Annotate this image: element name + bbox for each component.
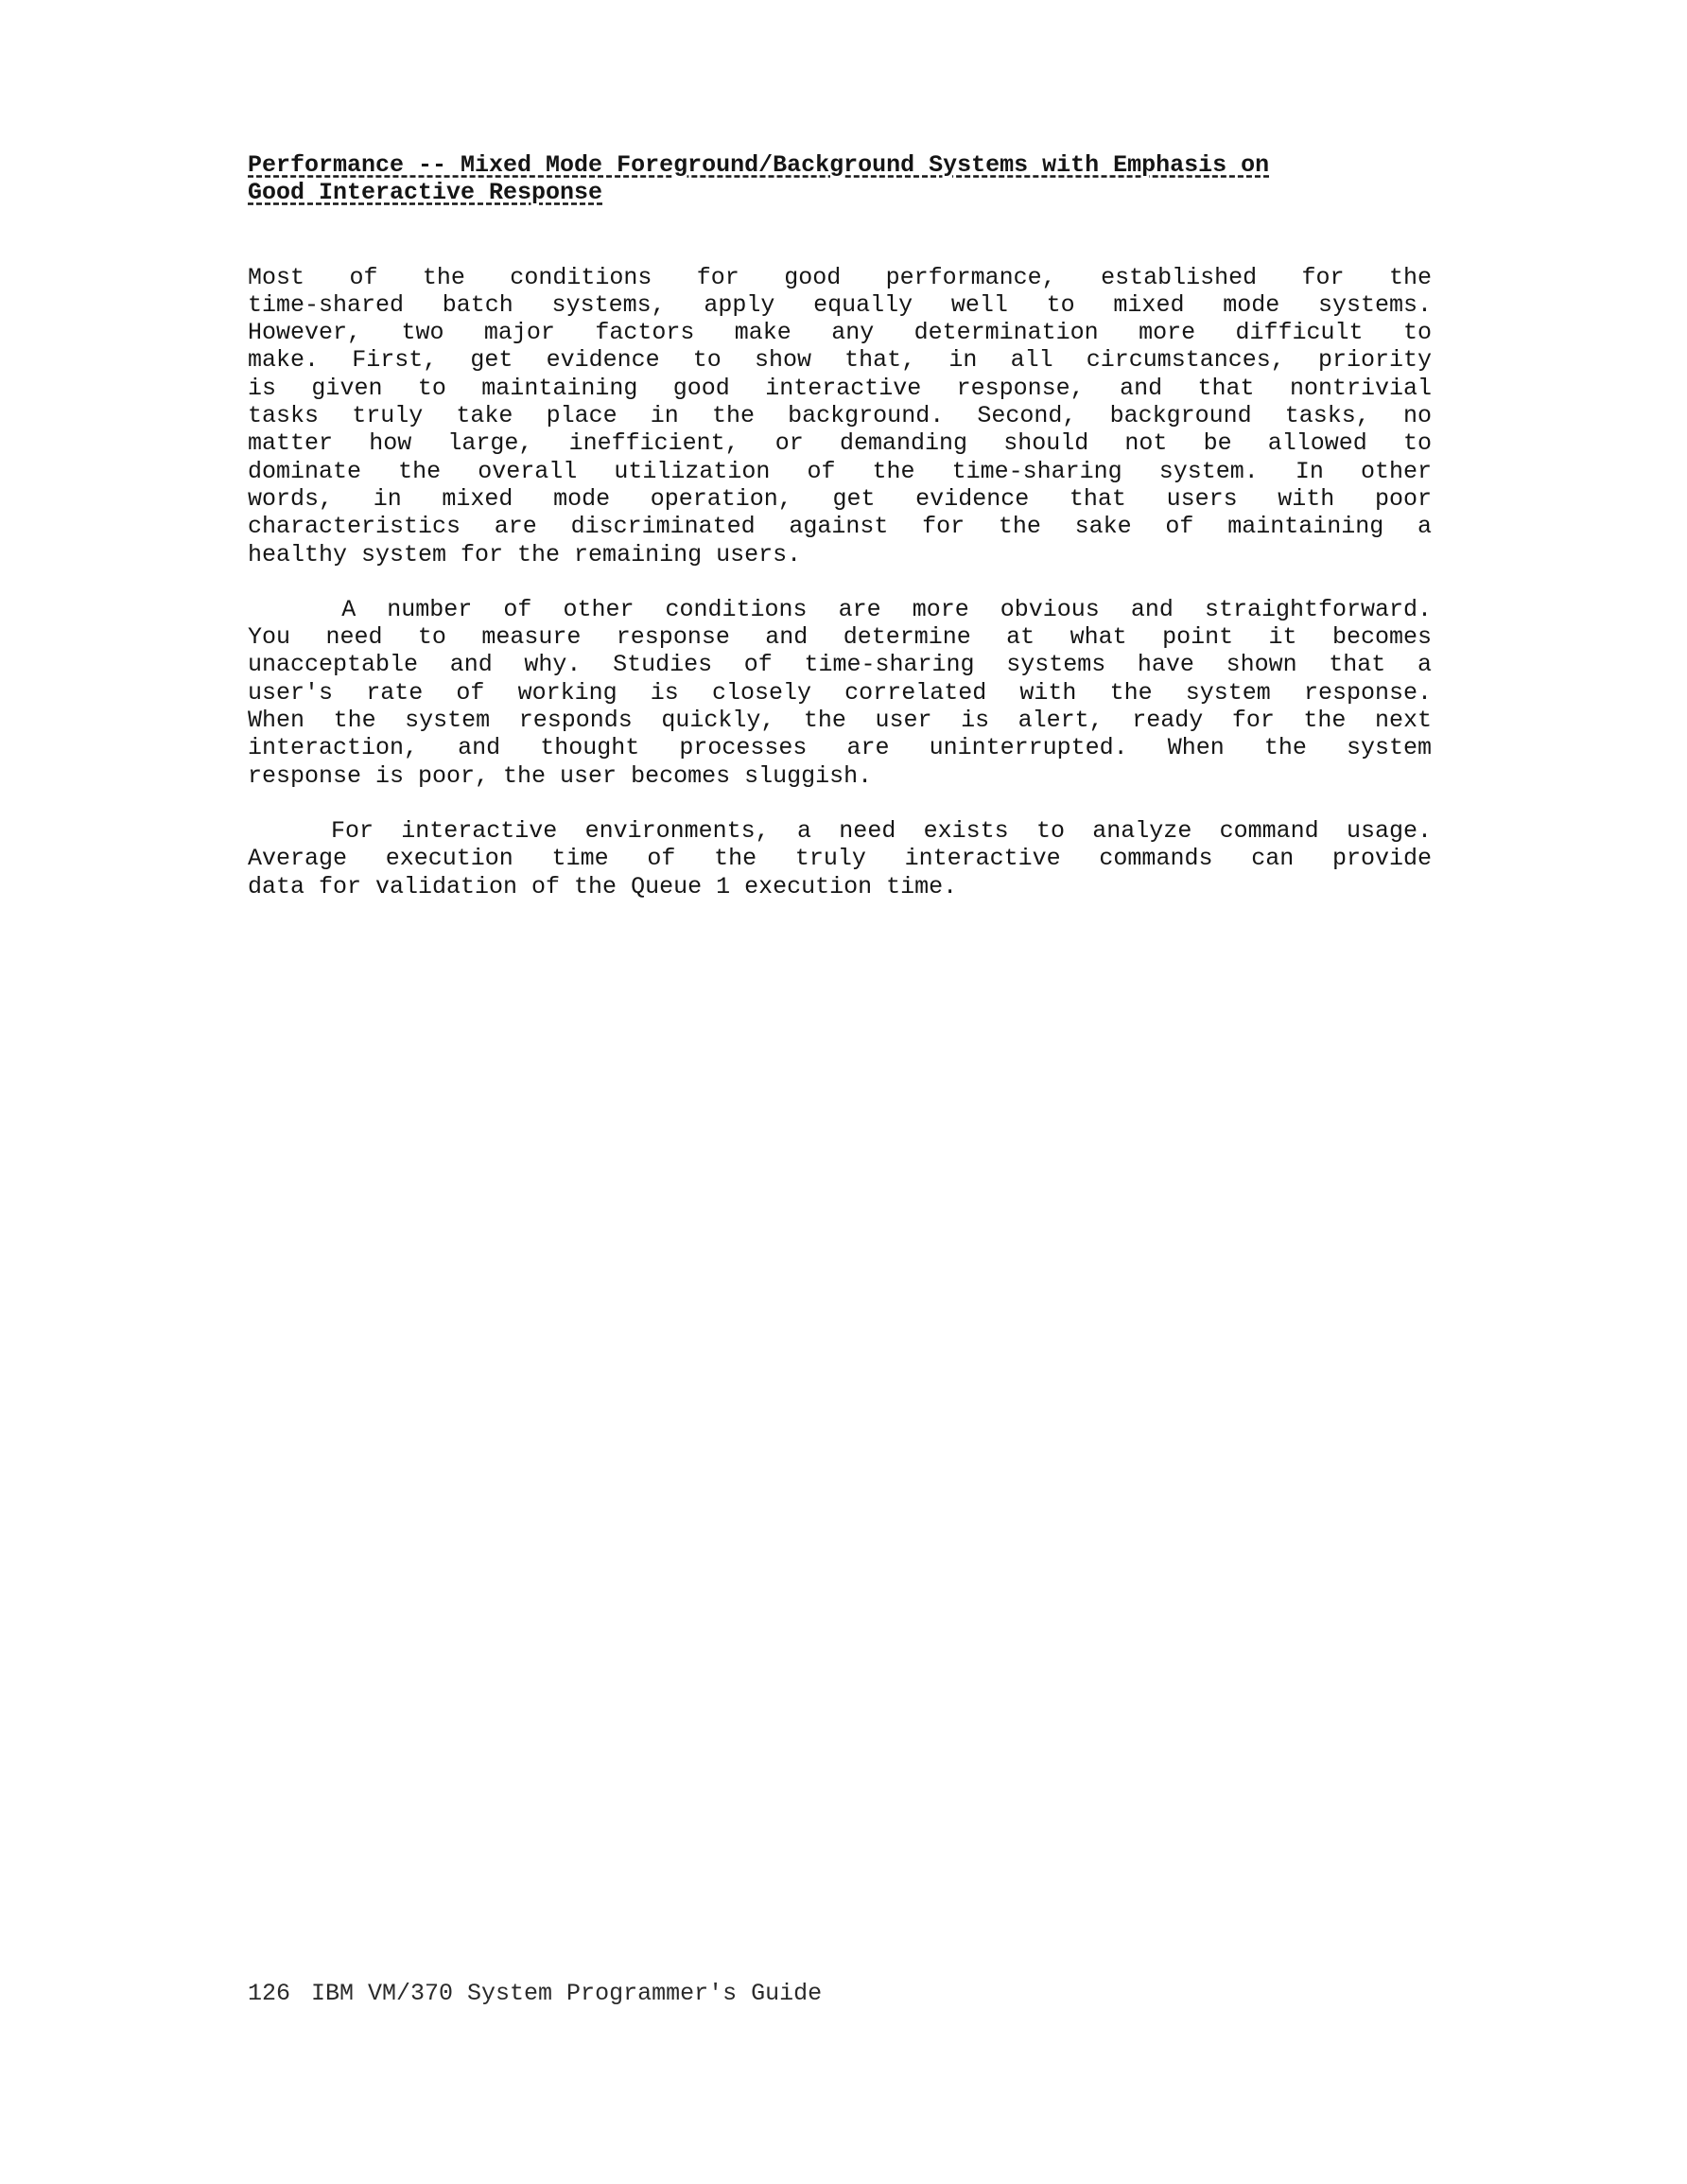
text-line: However, two major factors make any dete… — [248, 319, 1432, 346]
paragraph-3: For interactive environments, a need exi… — [248, 817, 1432, 900]
text-line: dominate the overall utilization of the … — [248, 458, 1432, 485]
text-line: is given to maintaining good interactive… — [248, 375, 1432, 402]
text-line: time-shared batch systems, apply equally… — [248, 291, 1432, 319]
section-heading-line-1: Performance -- Mixed Mode Foreground/Bac… — [248, 151, 1269, 179]
text-line: tasks truly take place in the background… — [248, 402, 1432, 429]
text-line: When the system responds quickly, the us… — [248, 707, 1432, 734]
footer-title: IBM VM/370 System Programmer's Guide — [311, 1980, 822, 2007]
document-page: Performance -- Mixed Mode Foreground/Bac… — [248, 151, 1432, 900]
text-line: response is poor, the user becomes slugg… — [248, 762, 1432, 790]
text-line: data for validation of the Queue 1 execu… — [248, 873, 1432, 900]
section-heading-line-2: Good Interactive Response — [248, 179, 602, 206]
section-heading: Performance -- Mixed Mode Foreground/Bac… — [248, 151, 1432, 207]
text-line: You need to measure response and determi… — [248, 623, 1432, 651]
text-line: user's rate of working is closely correl… — [248, 679, 1432, 707]
paragraph-1: Most of the conditions for good performa… — [248, 264, 1432, 568]
text-line: For interactive environments, a need exi… — [248, 817, 1432, 845]
text-line: words, in mixed mode operation, get evid… — [248, 485, 1432, 513]
paragraph-2: A number of other conditions are more ob… — [248, 596, 1432, 790]
text-line: interaction, and thought processes are u… — [248, 734, 1432, 761]
text-line: A number of other conditions are more ob… — [248, 596, 1432, 623]
text-line: characteristics are discriminated agains… — [248, 513, 1432, 540]
text-line: matter how large, inefficient, or demand… — [248, 429, 1432, 457]
text-line: make. First, get evidence to show that, … — [248, 346, 1432, 374]
page-footer: 126IBM VM/370 System Programmer's Guide — [248, 1980, 843, 2007]
text-line: Average execution time of the truly inte… — [248, 845, 1432, 872]
page-number: 126 — [248, 1980, 290, 2007]
text-line: healthy system for the remaining users. — [248, 541, 1432, 568]
text-line: unacceptable and why. Studies of time-sh… — [248, 651, 1432, 678]
text-line: Most of the conditions for good performa… — [248, 264, 1432, 291]
